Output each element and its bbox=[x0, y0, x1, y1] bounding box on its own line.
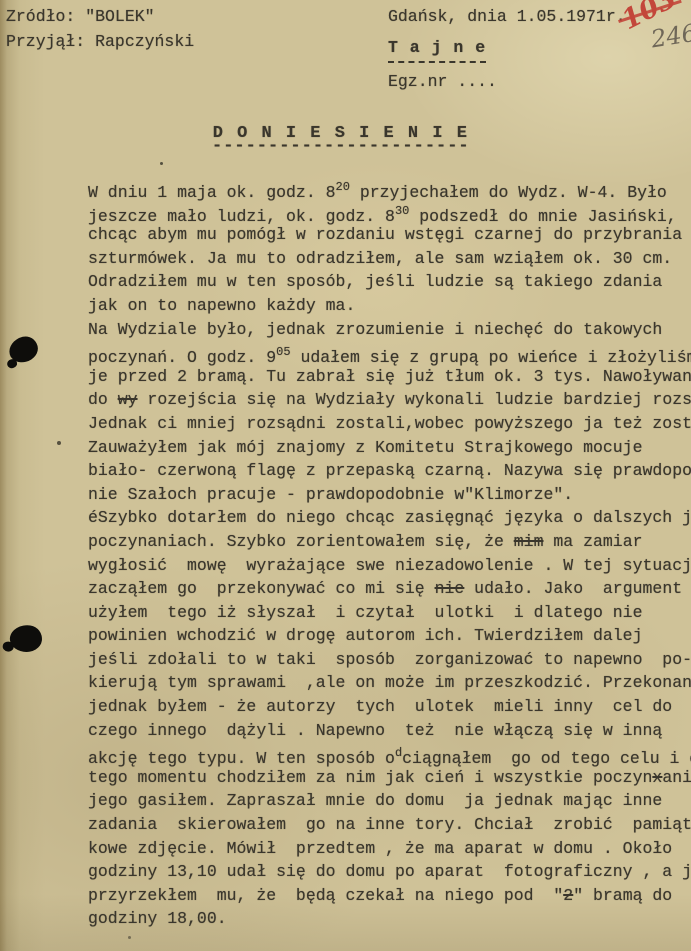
received-by-line: Przyjął: Rapczyński bbox=[6, 29, 194, 54]
source-line: Zródło: "BOLEK" bbox=[6, 4, 194, 29]
text-line: Na Wydziale było, jednak zrozumienie i n… bbox=[88, 318, 691, 342]
text-line: wygłosić mowę wyrażające swe niezadowole… bbox=[88, 554, 691, 578]
scanned-report-page: Zródło: "BOLEK" Przyjął: Rapczyński Gdań… bbox=[0, 0, 691, 951]
text-line: tego momentu chodziłem za nim jak cień i… bbox=[88, 766, 691, 790]
text-line: jego gasiłem. Zapraszał mnie do domu ja … bbox=[88, 789, 691, 813]
header-left: Zródło: "BOLEK" Przyjął: Rapczyński bbox=[6, 4, 194, 54]
text-line: użyłem tego iż słyszał i czytał ulotki i… bbox=[88, 601, 691, 625]
text-line: Zauważyłem jak mój znajomy z Komitetu St… bbox=[88, 436, 691, 460]
text-line: jak on to napewno każdy ma. bbox=[88, 294, 691, 318]
text-line: poczynań. O godz. 905 udałem się z grupą… bbox=[88, 341, 691, 365]
text-line: zacząłem go przekonywać co mi się nie ud… bbox=[88, 577, 691, 601]
text-line: kierują tym sprawami ,ale on może im prz… bbox=[88, 671, 691, 695]
text-line: czego innego dążyli . Napewno też nie wł… bbox=[88, 719, 691, 743]
text-line: do wy rozejścia się na Wydziały wykonali… bbox=[88, 388, 691, 412]
text-line: biało- czerwoną flagę z przepaską czarną… bbox=[88, 459, 691, 483]
text-line: powinien wchodzić w drogę autorom ich. T… bbox=[88, 624, 691, 648]
title-underline: ----------------------- bbox=[212, 137, 470, 156]
report-body: W dniu 1 maja ok. godz. 820 przyjechałem… bbox=[88, 176, 691, 931]
text-line: jednak byłem - że autorzy tych ulotek mi… bbox=[88, 695, 691, 719]
place-date-line: Gdańsk, dnia 1.05.1971r. bbox=[388, 4, 626, 29]
text-line: chcąc abym mu pomógł w rozdaniu wstęgi c… bbox=[88, 223, 691, 247]
text-line: je przed 2 bramą. Tu zabrał się już tłum… bbox=[88, 365, 691, 389]
text-line: W dniu 1 maja ok. godz. 820 przyjechałem… bbox=[88, 176, 691, 200]
text-line: jeszcze mało ludzi, ok. godz. 830 podsze… bbox=[88, 200, 691, 224]
text-line: kowe zdjęcie. Mówił przedtem , że ma apa… bbox=[88, 837, 691, 861]
handwritten-number-pencil: 246 bbox=[649, 19, 691, 54]
copy-number-line: Egz.nr .... bbox=[388, 69, 626, 94]
text-line: poczynaniach. Szybko zorientowałem się, … bbox=[88, 530, 691, 554]
text-line: éSzybko dotarłem do niego chcąc zasięgną… bbox=[88, 506, 691, 530]
ink-blot bbox=[8, 623, 43, 654]
text-line: Jednak ci mniej rozsądni zostali,wobec p… bbox=[88, 412, 691, 436]
paper-speck bbox=[160, 162, 163, 165]
text-line: szturmówek. Ja mu to odradziłem, ale sam… bbox=[88, 247, 691, 271]
title-block: D O N I E S I E N I E ------------------… bbox=[212, 124, 470, 156]
text-line: zadania skierowałem go na inne tory. Chc… bbox=[88, 813, 691, 837]
text-line: godziny 13,10 udał się do domu po aparat… bbox=[88, 860, 691, 884]
text-line: Odradziłem mu w ten sposób, jeśli ludzie… bbox=[88, 270, 691, 294]
text-line: akcję tego typu. W ten sposób odciągnąłe… bbox=[88, 742, 691, 766]
text-line: godziny 18,00. bbox=[88, 907, 691, 931]
paper-speck bbox=[128, 936, 131, 939]
header-right: Gdańsk, dnia 1.05.1971r. T a j n e Egz.n… bbox=[388, 4, 626, 94]
paper-speck bbox=[57, 441, 61, 445]
classification-label: T a j n e bbox=[388, 35, 486, 63]
text-line: jeśli zdołali to w taki sposób zorganizo… bbox=[88, 648, 691, 672]
text-line: przyrzekłem mu, że będą czekał na niego … bbox=[88, 884, 691, 908]
ink-blot bbox=[6, 334, 40, 365]
text-line: nie Szałoch pracuje - prawdopodobnie w"K… bbox=[88, 483, 691, 507]
